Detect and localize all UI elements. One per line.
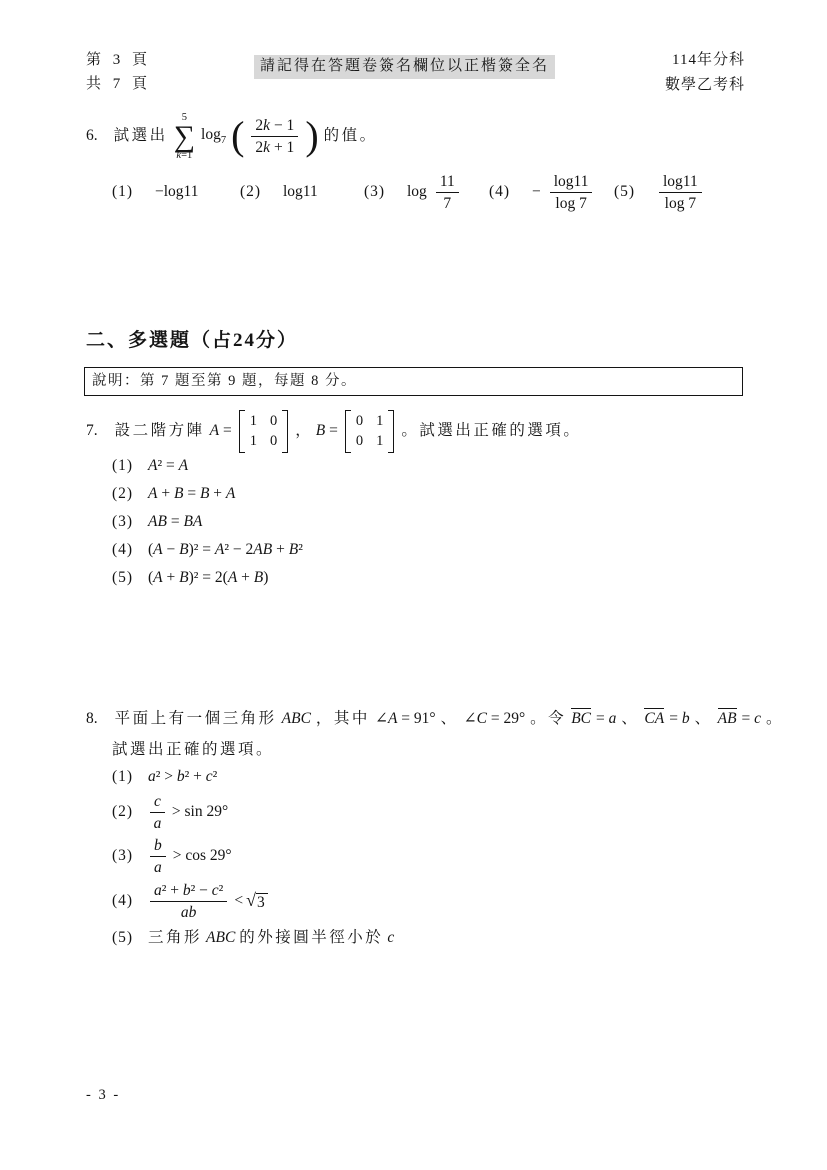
log-base: 7	[221, 135, 226, 146]
fraction-numerator: log11	[659, 172, 702, 193]
sigma-symbol: ∑	[174, 123, 195, 150]
left-parenthesis: (	[231, 121, 244, 151]
stem-text: 、	[621, 709, 639, 729]
angle-a-value: ∠A = 91°	[375, 709, 436, 729]
option-label: (1)	[112, 767, 148, 787]
option-label: (5)	[112, 568, 148, 588]
question-8-option-3: (3)ba> cos 29°	[112, 834, 398, 878]
segment-bc-equals: = a	[596, 709, 616, 729]
question-8-stem-line-2: 試選出正確的選項。	[112, 740, 274, 760]
question-6-option-2: (2)log11	[240, 166, 318, 218]
page-number-line: 第 3 頁	[86, 48, 151, 72]
exam-subject: 數學乙考科	[665, 73, 745, 98]
matrix-a: 1010	[239, 410, 289, 453]
angle-c-value: ∠C = 29°	[464, 709, 526, 729]
question-8-option-4: (4)a² + b² − c²ab<√3	[112, 878, 398, 924]
matrix-b-label: B =	[316, 421, 338, 441]
radicand: 3	[256, 893, 268, 911]
fraction-denominator: a	[154, 857, 162, 877]
matrix-cell: 1	[250, 413, 257, 430]
question-6-option-5: (5)log11log 7	[614, 166, 704, 218]
option-label: (3)	[112, 846, 148, 866]
option-label: (5)	[112, 928, 148, 948]
fraction: 2k − 12k + 1	[251, 116, 298, 157]
option-label: (5)	[614, 182, 650, 202]
stem-text: ，其中	[316, 709, 370, 729]
fraction-denominator: 2k + 1	[255, 137, 294, 157]
fraction-denominator: ab	[181, 902, 197, 922]
option-value: −log11	[155, 182, 198, 202]
question-7-options: (1)A² = A (2)A + B = B + A (3)AB = BA (4…	[112, 452, 303, 592]
matrix-a-label: A =	[210, 421, 232, 441]
summation-lower-limit: k=1	[176, 150, 192, 161]
matrix-bracket-right	[282, 410, 288, 453]
option-prefix: −	[532, 182, 541, 202]
question-8-stem: 8.平面上有一個三角形ABC，其中∠A = 91°、∠C = 29°。令BC= …	[86, 708, 784, 729]
radical-sign: √	[246, 891, 256, 910]
page-total-line: 共 7 頁	[86, 72, 151, 96]
stem-text: 平面上有一個三角形	[115, 709, 277, 729]
option-variable: c	[387, 928, 394, 948]
matrix-cell: 0	[356, 433, 363, 450]
question-7-option-5: (5)(A + B)² = 2(A + B)	[112, 564, 303, 592]
option-value: A + B = B + A	[148, 484, 235, 504]
option-label: (1)	[112, 456, 148, 476]
option-text: 的外接圓半徑小於	[239, 928, 383, 948]
option-label: (2)	[112, 484, 148, 504]
question-8-option-5: (5)三角形ABC的外接圓半徑小於c	[112, 924, 398, 952]
fraction: log11log 7	[659, 172, 702, 213]
signing-notice: 請記得在答題卷簽名欄位以正楷簽全名	[254, 55, 555, 79]
option-label: (3)	[112, 512, 148, 532]
matrix-cell: 1	[376, 413, 383, 430]
option-comparison: > sin 29°	[172, 802, 228, 822]
option-label: (3)	[364, 182, 400, 202]
question-6-stem: 6.試選出5∑k=1log7(2k − 12k + 1)的值。	[86, 105, 378, 167]
fraction-denominator: a	[154, 813, 162, 833]
matrix-b-cells: 0101	[351, 410, 389, 453]
triangle-name: ABC	[282, 709, 311, 729]
segment-ab-overline: AB	[718, 708, 737, 728]
fraction-denominator: 7	[443, 193, 451, 213]
footer-page-number: - 3 -	[86, 1086, 120, 1105]
matrix-a-cells: 1010	[245, 410, 283, 453]
option-label: (2)	[112, 802, 148, 822]
instruction-text: 說明：第 7 題至第 9 題，每題 8 分。	[92, 372, 357, 391]
exam-session: 114年分科	[665, 48, 745, 73]
segment-ca-equals: = b	[669, 709, 689, 729]
fraction: ca	[150, 792, 165, 833]
question-8-options: (1)a² > b² + c² (2)ca> sin 29° (3)ba> co…	[112, 764, 398, 952]
stem-text: 、	[441, 709, 459, 729]
matrix-b: 0101	[345, 410, 395, 453]
fraction: log11log 7	[550, 172, 593, 213]
separator-comma: ，	[295, 421, 311, 441]
question-7-option-1: (1)A² = A	[112, 452, 303, 480]
option-label: (1)	[112, 182, 148, 202]
segment-bc-overline: BC	[571, 708, 591, 728]
matrix-cell: 0	[270, 413, 277, 430]
matrix-cell: 1	[250, 433, 257, 450]
fraction-numerator: 11	[436, 172, 459, 193]
exam-page: 第 3 頁 共 7 頁 請記得在答題卷簽名欄位以正楷簽全名 114年分科 數學乙…	[0, 0, 827, 1170]
option-value: (A − B)² = A² − 2AB + B²	[148, 540, 303, 560]
option-comparison: <	[234, 891, 243, 911]
matrix-bracket-right	[388, 410, 394, 453]
question-6-tail-text: 的值。	[324, 126, 378, 146]
question-6-options: (1)−log11 (2)log11 (3)log117 (4)−log11lo…	[0, 166, 827, 218]
section-2-title: 二、多選題（占24分）	[86, 329, 298, 354]
option-label: (2)	[240, 182, 276, 202]
question-6-option-4: (4)−log11log 7	[489, 166, 594, 218]
option-value: log11	[283, 182, 318, 202]
question-8-number: 8.	[86, 709, 98, 729]
stem-text: 、	[695, 709, 713, 729]
instruction-box: 說明：第 7 題至第 9 題，每題 8 分。	[84, 367, 743, 396]
question-8-option-1: (1)a² > b² + c²	[112, 764, 398, 790]
question-7-option-2: (2)A + B = B + A	[112, 480, 303, 508]
option-value: a² > b² + c²	[148, 767, 217, 787]
fraction-denominator: log 7	[665, 193, 696, 213]
option-comparison: > cos 29°	[173, 846, 232, 866]
question-7-lead-text: 設二階方陣	[115, 421, 205, 441]
option-label: (4)	[112, 891, 148, 911]
page-count-block: 第 3 頁 共 7 頁	[86, 48, 151, 96]
fraction-numerator: log11	[550, 172, 593, 193]
segment-ca-overline: CA	[644, 708, 664, 728]
triangle-name: ABC	[206, 928, 235, 948]
option-label: (4)	[489, 182, 525, 202]
question-7-option-4: (4)(A − B)² = A² − 2AB + B²	[112, 536, 303, 564]
matrix-cell: 0	[270, 433, 277, 450]
fraction: a² + b² − c²ab	[150, 881, 227, 922]
summation: 5∑k=1	[174, 112, 195, 161]
option-value: AB = BA	[148, 512, 202, 532]
fraction-numerator: b	[150, 836, 166, 857]
stem-text: 。令	[530, 709, 566, 729]
fraction: ba	[150, 836, 166, 877]
fraction: 117	[436, 172, 459, 213]
question-6-lead-text: 試選出	[114, 126, 168, 146]
stem-text: 。	[766, 709, 784, 729]
option-value: (A + B)² = 2(A + B)	[148, 568, 268, 588]
fraction-numerator: a² + b² − c²	[150, 881, 227, 902]
question-7-tail-text: 。試選出正確的選項。	[401, 421, 581, 441]
segment-ab-equals: = c	[742, 709, 762, 729]
exam-info-block: 114年分科 數學乙考科	[665, 48, 745, 98]
option-text: 三角形	[148, 928, 202, 948]
question-7-option-3: (3)AB = BA	[112, 508, 303, 536]
question-6-option-1: (1)−log11	[112, 166, 198, 218]
question-8-option-2: (2)ca> sin 29°	[112, 790, 398, 834]
square-root: √3	[246, 891, 268, 911]
option-prefix: log	[407, 182, 427, 202]
option-label: (4)	[112, 540, 148, 560]
fraction-numerator: c	[150, 792, 165, 813]
option-value: A² = A	[148, 456, 188, 476]
fraction-denominator: log 7	[555, 193, 586, 213]
question-6-number: 6.	[86, 126, 98, 146]
right-parenthesis: )	[305, 121, 318, 151]
question-7-number: 7.	[86, 421, 98, 441]
log-operator: log7	[201, 125, 226, 148]
question-6-option-3: (3)log117	[364, 166, 461, 218]
matrix-cell: 0	[356, 413, 363, 430]
fraction-numerator: 2k − 1	[251, 116, 298, 137]
matrix-cell: 1	[376, 433, 383, 450]
log-function-name: log	[201, 126, 221, 143]
